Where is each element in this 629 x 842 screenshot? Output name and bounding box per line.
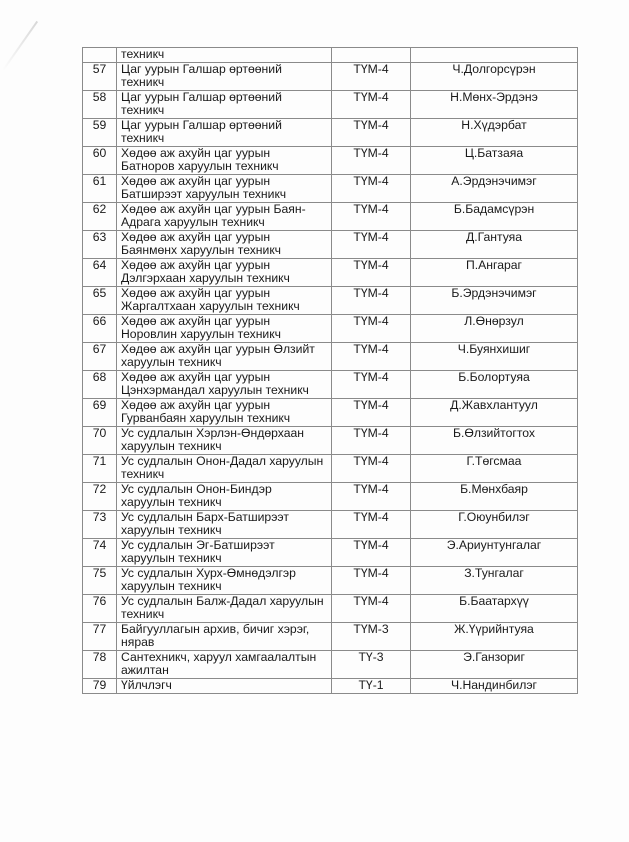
cell-name: Ц.Батзаяа — [411, 147, 578, 175]
cell-name: А.Эрдэнэчимэг — [411, 175, 578, 203]
cell-num: 58 — [83, 91, 117, 119]
cell-name: Б.Бадамсүрэн — [411, 203, 578, 231]
cell-grade: ТҮМ-4 — [332, 539, 411, 567]
cell-grade — [332, 48, 411, 63]
cell-name: Э.Ариунтунгалаг — [411, 539, 578, 567]
cell-grade: ТҮМ-4 — [332, 315, 411, 343]
table-row: 62Хөдөө аж ахуйн цаг уурын Баян-Адрага х… — [83, 203, 578, 231]
table-row: 69Хөдөө аж ахуйн цаг уурын Гурванбаян ха… — [83, 399, 578, 427]
cell-num: 71 — [83, 455, 117, 483]
cell-num: 67 — [83, 343, 117, 371]
cell-position: Цаг уурын Галшар өртөөний техникч — [117, 63, 332, 91]
cell-position: Ус судлалын Хурх-Өмнөдэлгэр харуулын тех… — [117, 567, 332, 595]
continuation-row: техникч — [83, 48, 578, 63]
table-row: 75Ус судлалын Хурх-Өмнөдэлгэр харуулын т… — [83, 567, 578, 595]
cell-name: Г.Оюунбилэг — [411, 511, 578, 539]
scanned-page: техникч 57Цаг уурын Галшар өртөөний техн… — [0, 0, 629, 842]
cell-grade: ТҮ-3 — [332, 651, 411, 679]
cell-grade: ТҮМ-4 — [332, 343, 411, 371]
table-row: 70Ус судлалын Хэрлэн-Өндөрхаан харуулын … — [83, 427, 578, 455]
table-row: 72Ус судлалын Онон-Биндэр харуулын техни… — [83, 483, 578, 511]
cell-num: 70 — [83, 427, 117, 455]
cell-grade: ТҮМ-4 — [332, 231, 411, 259]
cell-name: Э.Ганзориг — [411, 651, 578, 679]
cell-num: 64 — [83, 259, 117, 287]
cell-num: 76 — [83, 595, 117, 623]
cell-num: 69 — [83, 399, 117, 427]
cell-num: 61 — [83, 175, 117, 203]
cell-num: 72 — [83, 483, 117, 511]
cell-num: 63 — [83, 231, 117, 259]
table-row: 74Ус судлалын Эг-Батширээт харуулын техн… — [83, 539, 578, 567]
cell-position: Ус судлалын Хэрлэн-Өндөрхаан харуулын те… — [117, 427, 332, 455]
cell-position: Байгууллагын архив, бичиг хэрэг, нярав — [117, 623, 332, 651]
cell-num: 62 — [83, 203, 117, 231]
table-row: 78Сантехникч, харуул хамгаалалтын ажилта… — [83, 651, 578, 679]
cell-position: Хөдөө аж ахуйн цаг уурын Дэлгэрхаан хару… — [117, 259, 332, 287]
scan-artifact — [2, 21, 38, 71]
cell-grade: ТҮМ-4 — [332, 287, 411, 315]
cell-position: Хөдөө аж ахуйн цаг уурын Гурванбаян хару… — [117, 399, 332, 427]
cell-num — [83, 48, 117, 63]
cell-name: Б.Мөнхбаяр — [411, 483, 578, 511]
cell-grade: ТҮМ-4 — [332, 119, 411, 147]
cell-num: 59 — [83, 119, 117, 147]
cell-name: П.Ангараг — [411, 259, 578, 287]
cell-position: Цаг уурын Галшар өртөөний техникч — [117, 91, 332, 119]
cell-name: З.Тунгалаг — [411, 567, 578, 595]
cell-num: 73 — [83, 511, 117, 539]
cell-grade: ТҮМ-4 — [332, 399, 411, 427]
cell-name: Б.Болортуяа — [411, 371, 578, 399]
table-row: 60Хөдөө аж ахуйн цаг уурын Батноров хару… — [83, 147, 578, 175]
cell-name: Н.Мөнх-Эрдэнэ — [411, 91, 578, 119]
table-row: 71Ус судлалын Онон-Дадал харуулын техник… — [83, 455, 578, 483]
cell-name: Б.Өлзийтогтох — [411, 427, 578, 455]
cell-grade: ТҮМ-4 — [332, 147, 411, 175]
table-row: 57Цаг уурын Галшар өртөөний техникчТҮМ-4… — [83, 63, 578, 91]
cell-name: Б.Баатархүү — [411, 595, 578, 623]
cell-position: Сантехникч, харуул хамгаалалтын ажилтан — [117, 651, 332, 679]
cell-name: Н.Хүдэрбат — [411, 119, 578, 147]
cell-position: Цаг уурын Галшар өртөөний техникч — [117, 119, 332, 147]
cell-num: 78 — [83, 651, 117, 679]
cell-grade: ТҮМ-4 — [332, 483, 411, 511]
table-row: 79ҮйлчлэгчТҮ-1Ч.Нандинбилэг — [83, 679, 578, 694]
cell-position: Хөдөө аж ахуйн цаг уурын Баян-Адрага хар… — [117, 203, 332, 231]
cell-grade: ТҮМ-4 — [332, 91, 411, 119]
table-row: 67Хөдөө аж ахуйн цаг уурын Өлзийт харуул… — [83, 343, 578, 371]
table-row: 66Хөдөө аж ахуйн цаг уурын Норовлин хару… — [83, 315, 578, 343]
table-row: 61Хөдөө аж ахуйн цаг уурын Батширээт хар… — [83, 175, 578, 203]
cell-grade: ТҮ-1 — [332, 679, 411, 694]
cell-position: Хөдөө аж ахуйн цаг уурын Баянмөнх харуул… — [117, 231, 332, 259]
cell-name: Д.Жавхлантуул — [411, 399, 578, 427]
cell-position: Ус судлалын Балж-Дадал харуулын техникч — [117, 595, 332, 623]
cell-position: Ус судлалын Онон-Дадал харуулын техникч — [117, 455, 332, 483]
cell-grade: ТҮМ-4 — [332, 203, 411, 231]
cell-position: Хөдөө аж ахуйн цаг уурын Норовлин харуул… — [117, 315, 332, 343]
cell-num: 57 — [83, 63, 117, 91]
table-row: 68Хөдөө аж ахуйн цаг уурын Цэнхэрмандал … — [83, 371, 578, 399]
cell-grade: ТҮМ-4 — [332, 427, 411, 455]
cell-num: 60 — [83, 147, 117, 175]
staff-table: техникч 57Цаг уурын Галшар өртөөний техн… — [82, 47, 578, 694]
cell-position: Хөдөө аж ахуйн цаг уурын Жаргалтхаан хар… — [117, 287, 332, 315]
cell-position: Хөдөө аж ахуйн цаг уурын Батноров харуул… — [117, 147, 332, 175]
cell-name: Ч.Долгорсүрэн — [411, 63, 578, 91]
cell-name — [411, 48, 578, 63]
cell-name: Д.Гантуяа — [411, 231, 578, 259]
cell-position: Ус судлалын Барх-Батширээт харуулын техн… — [117, 511, 332, 539]
table-row: 63Хөдөө аж ахуйн цаг уурын Баянмөнх хару… — [83, 231, 578, 259]
cell-grade: ТҮМ-4 — [332, 595, 411, 623]
cell-position: Ус судлалын Эг-Батширээт харуулын техник… — [117, 539, 332, 567]
table-row: 58Цаг уурын Галшар өртөөний техникчТҮМ-4… — [83, 91, 578, 119]
cell-name: Ж.Үүрийнтуяа — [411, 623, 578, 651]
cell-num: 66 — [83, 315, 117, 343]
cell-num: 74 — [83, 539, 117, 567]
cell-grade: ТҮМ-4 — [332, 567, 411, 595]
cell-grade: ТҮМ-4 — [332, 371, 411, 399]
table-row: 64Хөдөө аж ахуйн цаг уурын Дэлгэрхаан ха… — [83, 259, 578, 287]
table-row: 59Цаг уурын Галшар өртөөний техникчТҮМ-4… — [83, 119, 578, 147]
cell-position: техникч — [117, 48, 332, 63]
table-row: 77Байгууллагын архив, бичиг хэрэг, нярав… — [83, 623, 578, 651]
table-row: 73Ус судлалын Барх-Батширээт харуулын те… — [83, 511, 578, 539]
cell-num: 68 — [83, 371, 117, 399]
cell-grade: ТҮМ-4 — [332, 175, 411, 203]
cell-name: Б.Эрдэнэчимэг — [411, 287, 578, 315]
cell-position: Үйлчлэгч — [117, 679, 332, 694]
cell-num: 77 — [83, 623, 117, 651]
table-row: 65Хөдөө аж ахуйн цаг уурын Жаргалтхаан х… — [83, 287, 578, 315]
cell-position: Хөдөө аж ахуйн цаг уурын Өлзийт харуулын… — [117, 343, 332, 371]
cell-grade: ТҮМ-4 — [332, 63, 411, 91]
cell-position: Ус судлалын Онон-Биндэр харуулын техникч — [117, 483, 332, 511]
cell-name: Г.Төгсмаа — [411, 455, 578, 483]
cell-name: Ч.Нандинбилэг — [411, 679, 578, 694]
cell-grade: ТҮМ-4 — [332, 511, 411, 539]
cell-grade: ТҮМ-4 — [332, 455, 411, 483]
cell-num: 79 — [83, 679, 117, 694]
cell-grade: ТҮМ-4 — [332, 259, 411, 287]
cell-position: Хөдөө аж ахуйн цаг уурын Цэнхэрмандал ха… — [117, 371, 332, 399]
cell-grade: ТҮМ-3 — [332, 623, 411, 651]
table-row: 76Ус судлалын Балж-Дадал харуулын техник… — [83, 595, 578, 623]
cell-num: 65 — [83, 287, 117, 315]
cell-name: Ч.Буянхишиг — [411, 343, 578, 371]
cell-num: 75 — [83, 567, 117, 595]
cell-name: Л.Өнөрзул — [411, 315, 578, 343]
cell-position: Хөдөө аж ахуйн цаг уурын Батширээт харуу… — [117, 175, 332, 203]
